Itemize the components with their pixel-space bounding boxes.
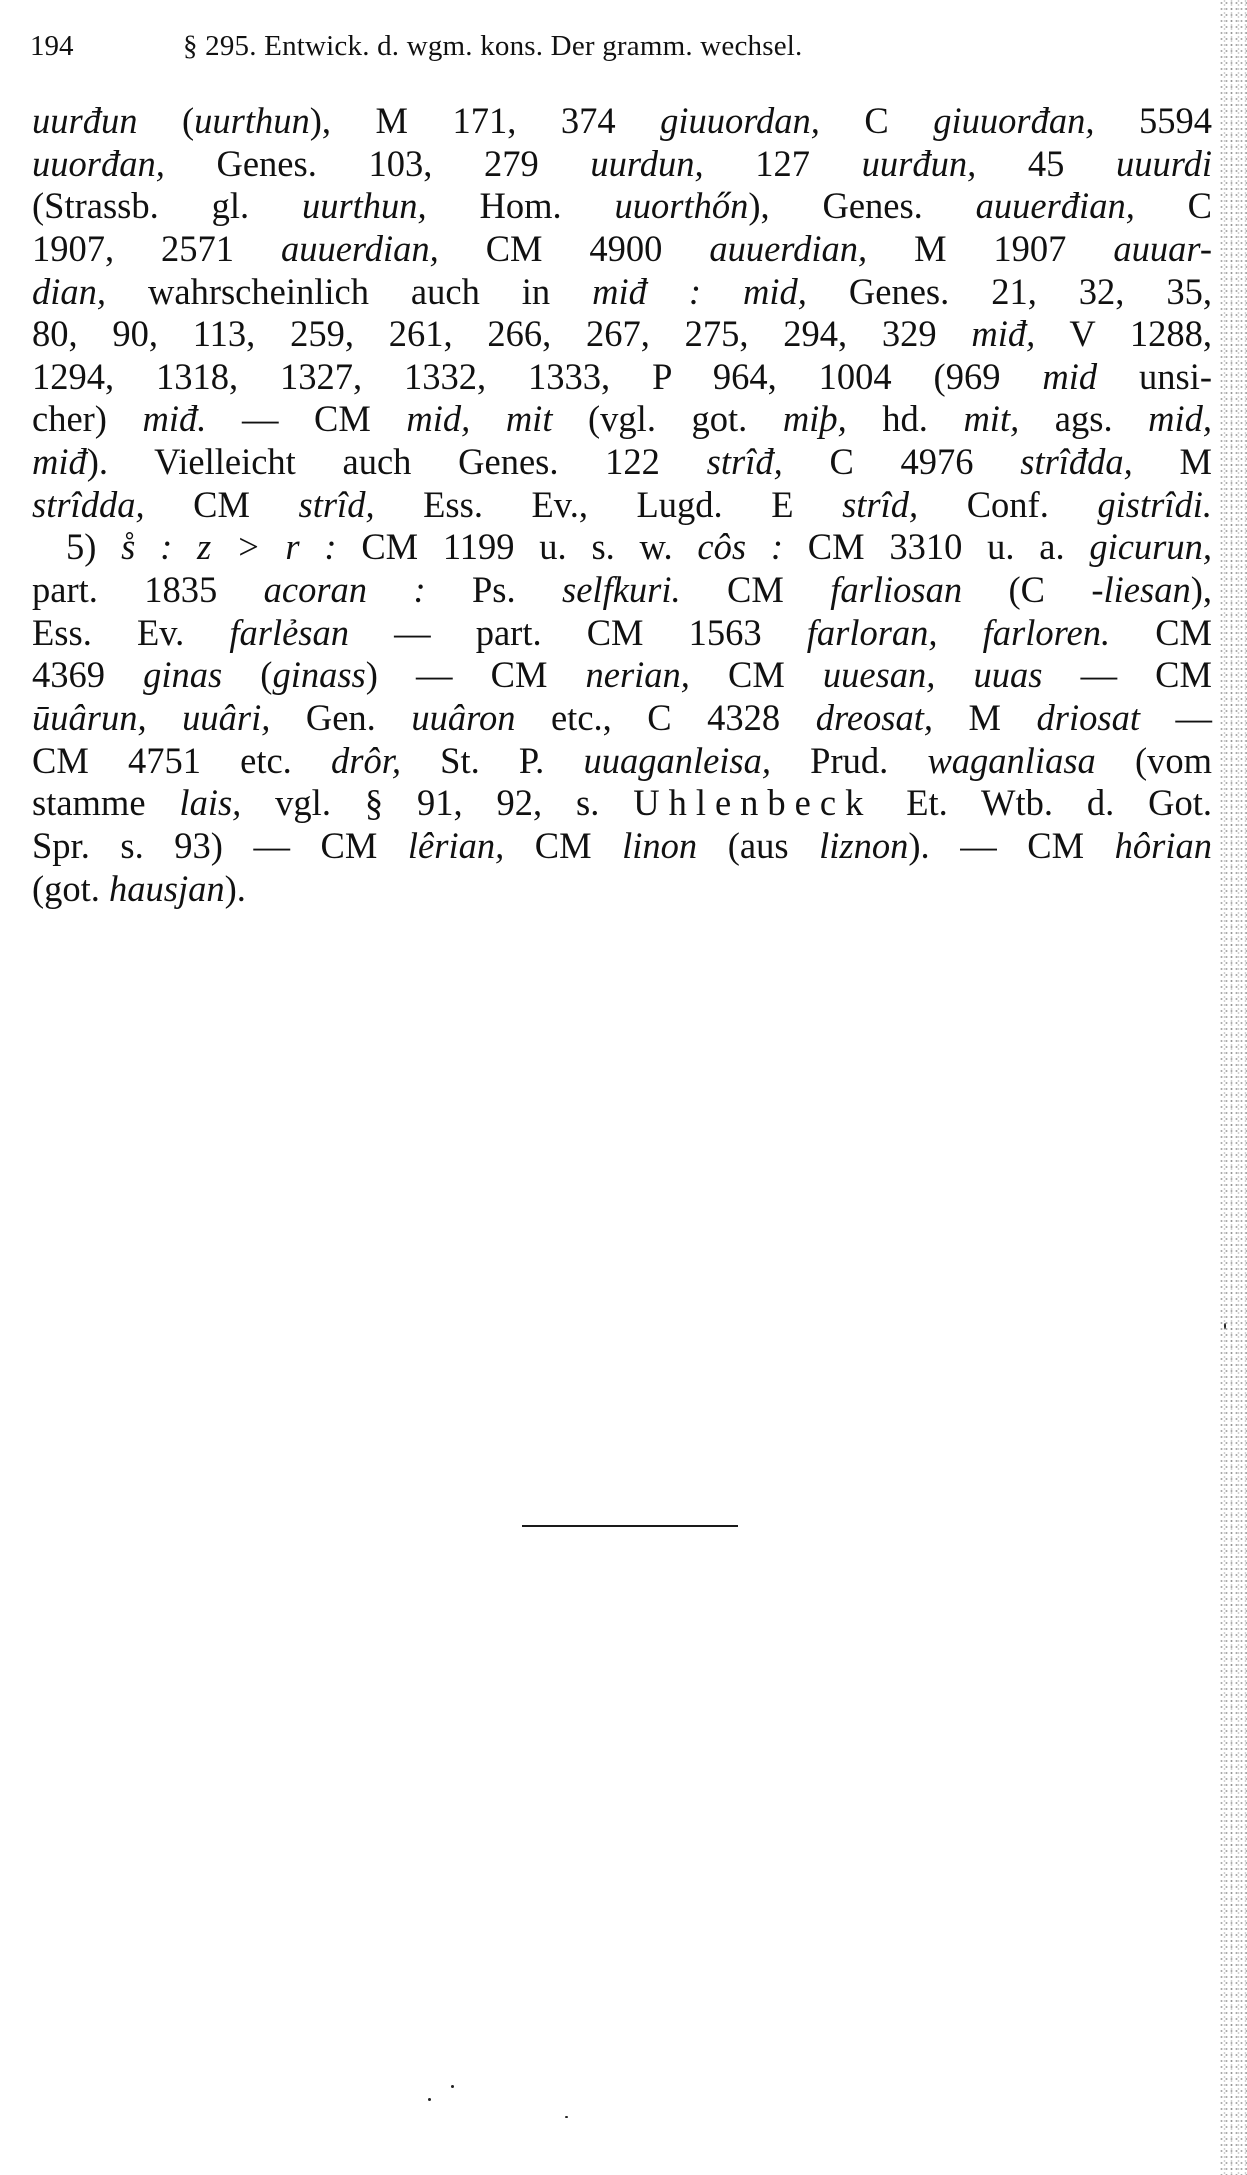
text-run: ). Vielleicht auch Genes. 122 (87, 441, 707, 482)
text-run: CM (681, 569, 831, 610)
text-run: stamme (32, 782, 179, 823)
italic-word: giuuordan, (660, 100, 820, 141)
text-run: 45 (976, 143, 1116, 184)
italic-word: miþ, (783, 398, 847, 439)
body-text: uurđun (uurthun), M 171, 374 giuuordan, … (32, 100, 1212, 910)
book-page: 194 § 295. Entwick. d. wgm. kons. Der gr… (0, 0, 1247, 2175)
text-run: CM (145, 484, 299, 525)
italic-word: strîđda, (1020, 441, 1133, 482)
text-run: 5) (66, 526, 121, 567)
text-run: ) — CM (366, 654, 586, 695)
scan-edge-noise (1219, 0, 1247, 2175)
text-run: M 1907 (867, 228, 1113, 269)
text-run: M (1133, 441, 1212, 482)
italic-word: ginass (272, 654, 365, 695)
italic-word: mid, mit (406, 398, 552, 439)
italic-word: giuuorđan, (933, 100, 1094, 141)
italic-word: liznon (819, 825, 908, 866)
italic-word: hôrian (1115, 825, 1212, 866)
text-line: dian, wahrscheinlich auch in miđ : mid, … (32, 271, 1212, 314)
italic-word: mit, (963, 398, 1019, 439)
text-run: (got. (32, 868, 109, 909)
text-run: Spr. s. 93) — CM (32, 825, 408, 866)
text-run: Genes. 103, 279 (165, 143, 591, 184)
text-line: stamme lais, vgl. § 91, 92, s. Uhlenbeck… (32, 782, 1212, 825)
text-run: Ps. (426, 569, 562, 610)
text-run: ), Genes. (748, 185, 975, 226)
text-run: Ess. Ev. (32, 612, 229, 653)
text-run: ( (137, 100, 194, 141)
text-run: St. P. (401, 740, 583, 781)
page-number: 194 (30, 26, 74, 66)
text-run: (C (962, 569, 1091, 610)
text-run: — (1140, 697, 1212, 738)
text-run: CM 4900 (439, 228, 710, 269)
text-line: 5) s̊ : z > r : CM 1199 u. s. w. côs : C… (32, 526, 1212, 569)
text-run: ). (225, 868, 246, 909)
text-run: 127 (704, 143, 862, 184)
text-run: CM 4751 etc. (32, 740, 331, 781)
italic-word: linon (622, 825, 697, 866)
italic-word: strîđ, (707, 441, 783, 482)
scan-speck (428, 2098, 431, 2101)
text-run: (Strassb. gl. (32, 185, 302, 226)
italic-word: s̊ : z > r : (121, 526, 336, 567)
scan-speck (565, 2116, 568, 2118)
text-run: 1294, 1318, 1327, 1332, 1333, P 964, 100… (32, 356, 1042, 397)
spaced-name: Uhlenbeck (633, 782, 872, 823)
italic-word: lêrian, (408, 825, 504, 866)
running-head-title: § 295. Entwick. d. wgm. kons. Der gramm.… (183, 26, 803, 66)
text-run: Conf. (918, 484, 1097, 525)
italic-word: mid, (1148, 398, 1212, 439)
text-line: 1907, 2571 auuerdian, CM 4900 auuerdian,… (32, 228, 1212, 271)
text-run: C (1135, 185, 1212, 226)
italic-word: uurđun, (862, 143, 977, 184)
text-run: 4369 (32, 654, 143, 695)
italic-word: selfkuri. (562, 569, 681, 610)
scan-speck (1224, 1323, 1226, 1329)
italic-word: auuerđian, (976, 185, 1135, 226)
italic-word: lais, (179, 782, 241, 823)
text-line: uuorđan, Genes. 103, 279 uurdun, 127 uur… (32, 143, 1212, 186)
italic-word: dian, (32, 271, 106, 312)
italic-word: -liesan (1091, 569, 1190, 610)
text-run: 1907, 2571 (32, 228, 281, 269)
text-run: CM 1199 u. s. w. (337, 526, 698, 567)
italic-word: waganliasa (927, 740, 1095, 781)
italic-word: auuerdian, (709, 228, 867, 269)
text-run: Prud. (771, 740, 927, 781)
text-run: CM (1110, 612, 1212, 653)
text-run: CM (690, 654, 823, 695)
text-run: hd. (847, 398, 964, 439)
text-line: uurđun (uurthun), M 171, 374 giuuordan, … (32, 100, 1212, 143)
text-run: vgl. § 91, 92, s. (241, 782, 633, 823)
text-line: CM 4751 etc. drôr, St. P. uuaganleisa, P… (32, 740, 1212, 783)
text-run: ). — CM (908, 825, 1114, 866)
italic-word: uuurdi (1116, 143, 1212, 184)
text-line: ūuârun, uuâri, Gen. uuâron etc., C 4328 … (32, 697, 1212, 740)
text-run: CM 3310 u. a. (783, 526, 1089, 567)
text-run: — CM (1042, 654, 1211, 695)
text-line: Spr. s. 93) — CM lêrian, CM linon (aus l… (32, 825, 1212, 868)
italic-word: uuorthőn (614, 185, 748, 226)
text-run: — part. CM 1563 (349, 612, 807, 653)
text-line: strîdda, CM strîd, Ess. Ev., Lugd. E str… (32, 484, 1212, 527)
italic-word: ginas (143, 654, 222, 695)
italic-word: auuar- (1113, 228, 1212, 269)
italic-word: uurthun, (302, 185, 427, 226)
italic-word: driosat (1037, 697, 1140, 738)
text-run: unsi- (1097, 356, 1212, 397)
text-run: Genes. 21, 32, 35, (807, 271, 1212, 312)
text-run: M (933, 697, 1037, 738)
text-line: (Strassb. gl. uurthun, Hom. uuorthőn), G… (32, 185, 1212, 228)
italic-word: strîdda, (32, 484, 145, 525)
italic-word: strîd, (299, 484, 375, 525)
text-line: part. 1835 acoran : Ps. selfkuri. CM far… (32, 569, 1212, 612)
text-run: Gen. (270, 697, 411, 738)
italic-word: farlẻsan (229, 612, 349, 653)
text-run: V 1288, (1035, 313, 1212, 354)
italic-word: hausjan (109, 868, 225, 909)
text-run: C (820, 100, 933, 141)
scan-speck (451, 2085, 454, 2088)
text-line: (got. hausjan). (32, 868, 1212, 911)
italic-word: uuâron (411, 697, 515, 738)
italic-word: farloran, farloren. (807, 612, 1110, 653)
text-run: CM (504, 825, 622, 866)
text-line: cher) miđ. — CM mid, mit (vgl. got. miþ,… (32, 398, 1212, 441)
text-run: ), M 171, 374 (310, 100, 660, 141)
italic-word: ūuârun, uuâri, (32, 697, 270, 738)
text-run: — CM (206, 398, 406, 439)
italic-word: côs : (697, 526, 783, 567)
text-run: Hom. (427, 185, 615, 226)
text-line: Ess. Ev. farlẻsan — part. CM 1563 farlor… (32, 612, 1212, 655)
text-run: wahrscheinlich auch in (106, 271, 592, 312)
text-run: part. 1835 (32, 569, 264, 610)
section-end-rule (522, 1525, 738, 1527)
italic-word: gistrîdi. (1097, 484, 1212, 525)
text-run: (vom (1096, 740, 1212, 781)
text-run: ( (222, 654, 272, 695)
text-run: Et. Wtb. d. Got. (872, 782, 1212, 823)
text-run: 80, 90, 113, 259, 261, 266, 267, 275, 29… (32, 313, 971, 354)
text-run: (vgl. got. (552, 398, 782, 439)
running-head: 194 § 295. Entwick. d. wgm. kons. Der gr… (30, 26, 1210, 66)
text-run: cher) (32, 398, 143, 439)
italic-word: miđ : mid, (592, 271, 807, 312)
italic-word: miđ. (143, 398, 207, 439)
italic-word: uurđun (32, 100, 137, 141)
italic-word: uuorđan, (32, 143, 165, 184)
italic-word: auuerdian, (281, 228, 439, 269)
text-run: C 4976 (783, 441, 1021, 482)
italic-word: uurdun, (590, 143, 703, 184)
text-line: miđ). Vielleicht auch Genes. 122 strîđ, … (32, 441, 1212, 484)
italic-word: gicurun, (1089, 526, 1212, 567)
text-run: 5594 (1095, 100, 1213, 141)
italic-word: miđ (32, 441, 87, 482)
text-line: 1294, 1318, 1327, 1332, 1333, P 964, 100… (32, 356, 1212, 399)
italic-word: drôr, (331, 740, 401, 781)
italic-word: dreosat, (816, 697, 933, 738)
italic-word: miđ, (971, 313, 1035, 354)
text-run: Ess. Ev., Lugd. E (375, 484, 843, 525)
text-run: etc., C 4328 (515, 697, 815, 738)
text-run: ), (1191, 569, 1212, 610)
text-line: 80, 90, 113, 259, 261, 266, 267, 275, 29… (32, 313, 1212, 356)
italic-word: uuaganleisa, (583, 740, 771, 781)
text-run: ags. (1019, 398, 1148, 439)
italic-word: uurthun (194, 100, 310, 141)
italic-word: acoran : (264, 569, 426, 610)
italic-word: farliosan (830, 569, 962, 610)
text-run: (aus (697, 825, 819, 866)
text-line: 4369 ginas (ginass) — CM nerian, CM uues… (32, 654, 1212, 697)
italic-word: uuesan, uuas (823, 654, 1043, 695)
italic-word: nerian, (586, 654, 690, 695)
italic-word: strîd, (842, 484, 918, 525)
italic-word: mid (1042, 356, 1097, 397)
